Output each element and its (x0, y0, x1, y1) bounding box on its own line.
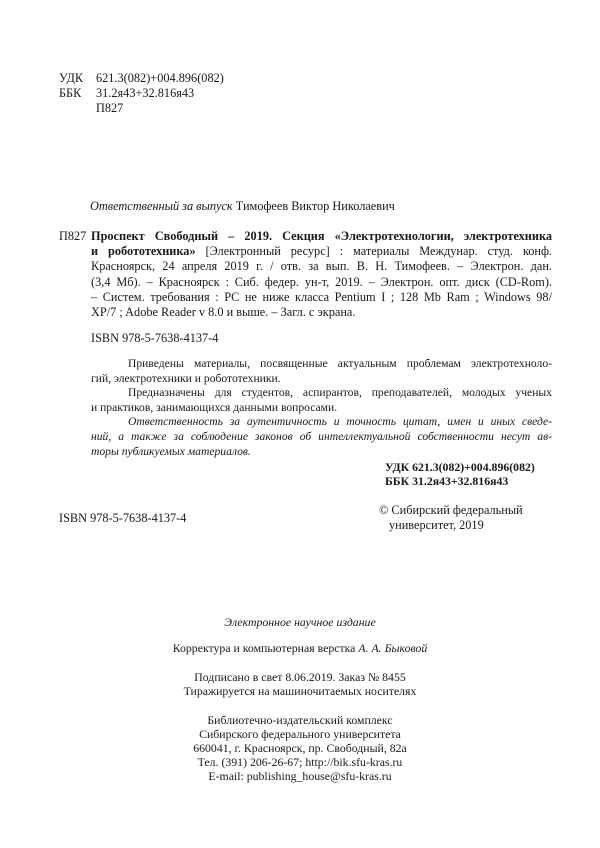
copyright-line-1: © Сибирский федеральный (379, 503, 523, 518)
publisher-line-2: Сибирского федерального университета (0, 727, 600, 742)
publisher-email: E-mail: publishing_house@sfu-kras.ru (0, 769, 600, 784)
record-line-6: XP/7 ; Adobe Reader v 8.0 и выше. – Загл… (91, 305, 552, 320)
udk-line: УДК621.3(082)+004.896(082) (59, 71, 224, 86)
publisher-line-1: Библиотечно-издательский комплекс (0, 713, 600, 728)
annotation-p3-line-1: Ответственность за аутентичность и точно… (91, 415, 552, 430)
annotation-p1-line-1: Приведены материалы, посвященные актуаль… (91, 357, 552, 372)
annotation-p1-line-2: гий, электротехники и робототехники. (91, 372, 552, 387)
annotation-p3-line-2: ний, а также за соблюдение законов об ин… (91, 430, 552, 445)
udk-bold: УДК 621.3(082)+004.896(082) (385, 460, 535, 475)
publisher-phone-url: Тел. (391) 206-26-67; http://bik.sfu-kra… (0, 755, 600, 770)
bbk-label: ББК (59, 86, 96, 101)
record-line-2: и робототехника» [Электронный ресурс] : … (91, 244, 552, 259)
bbk-value: 31.2я43+32.816я43 (96, 86, 194, 100)
record-line-1: Проспект Свободный – 2019. Секция «Элект… (91, 229, 552, 244)
udk-label: УДК (59, 71, 96, 86)
udk-value: 621.3(082)+004.896(082) (96, 71, 224, 85)
proofreading-name: А. А. Быковой (358, 641, 427, 655)
bbk-line: ББК31.2я43+32.816я43 (59, 86, 194, 101)
proofreading-label: Корректура и компьютерная верстка (173, 641, 359, 655)
publisher-address: 660041, г. Красноярск, пр. Свободный, 82… (0, 741, 600, 756)
signed-line: Подписано в свет 8.06.2019. Заказ № 8455 (0, 670, 600, 685)
record-line-5: – Систем. требования : PC не ниже класса… (91, 290, 552, 305)
annotation-p2-line-1: Предназначены для студентов, аспирантов,… (91, 386, 552, 401)
annotation-p2-line-2: и практиков, занимающихся данными вопрос… (91, 401, 552, 416)
isbn-bottom: ISBN 978-5-7638-4137-4 (59, 511, 186, 526)
record-isbn: ISBN 978-5-7638-4137-4 (91, 331, 218, 346)
author-sign: П827 (96, 101, 123, 116)
annotation: Приведены материалы, посвященные актуаль… (91, 357, 552, 459)
responsible-label: Ответственный за выпуск (90, 199, 233, 213)
record-sign: П827 (59, 229, 86, 244)
bibliographic-record: Проспект Свободный – 2019. Секция «Элект… (91, 229, 552, 320)
edition-type: Электронное научное издание (0, 615, 600, 630)
replication-line: Тиражируется на машиночитаемых носителях (0, 684, 600, 699)
record-line-3: Красноярск, 24 апреля 2019 г. / отв. за … (91, 259, 552, 274)
responsible-name: Тимофеев Виктор Николаевич (236, 199, 395, 213)
copyright-line-2: университет, 2019 (389, 518, 484, 533)
bbk-bold: ББК 31.2я43+32.816я43 (385, 474, 508, 489)
proofreading-line: Корректура и компьютерная верстка А. А. … (0, 641, 600, 656)
record-line-4: (3,4 Мб). – Красноярск : Сиб. федер. ун-… (91, 275, 552, 290)
responsible-line: Ответственный за выпуск Тимофеев Виктор … (90, 199, 395, 214)
annotation-p3-line-3: торы публикуемых материалов. (91, 445, 552, 460)
